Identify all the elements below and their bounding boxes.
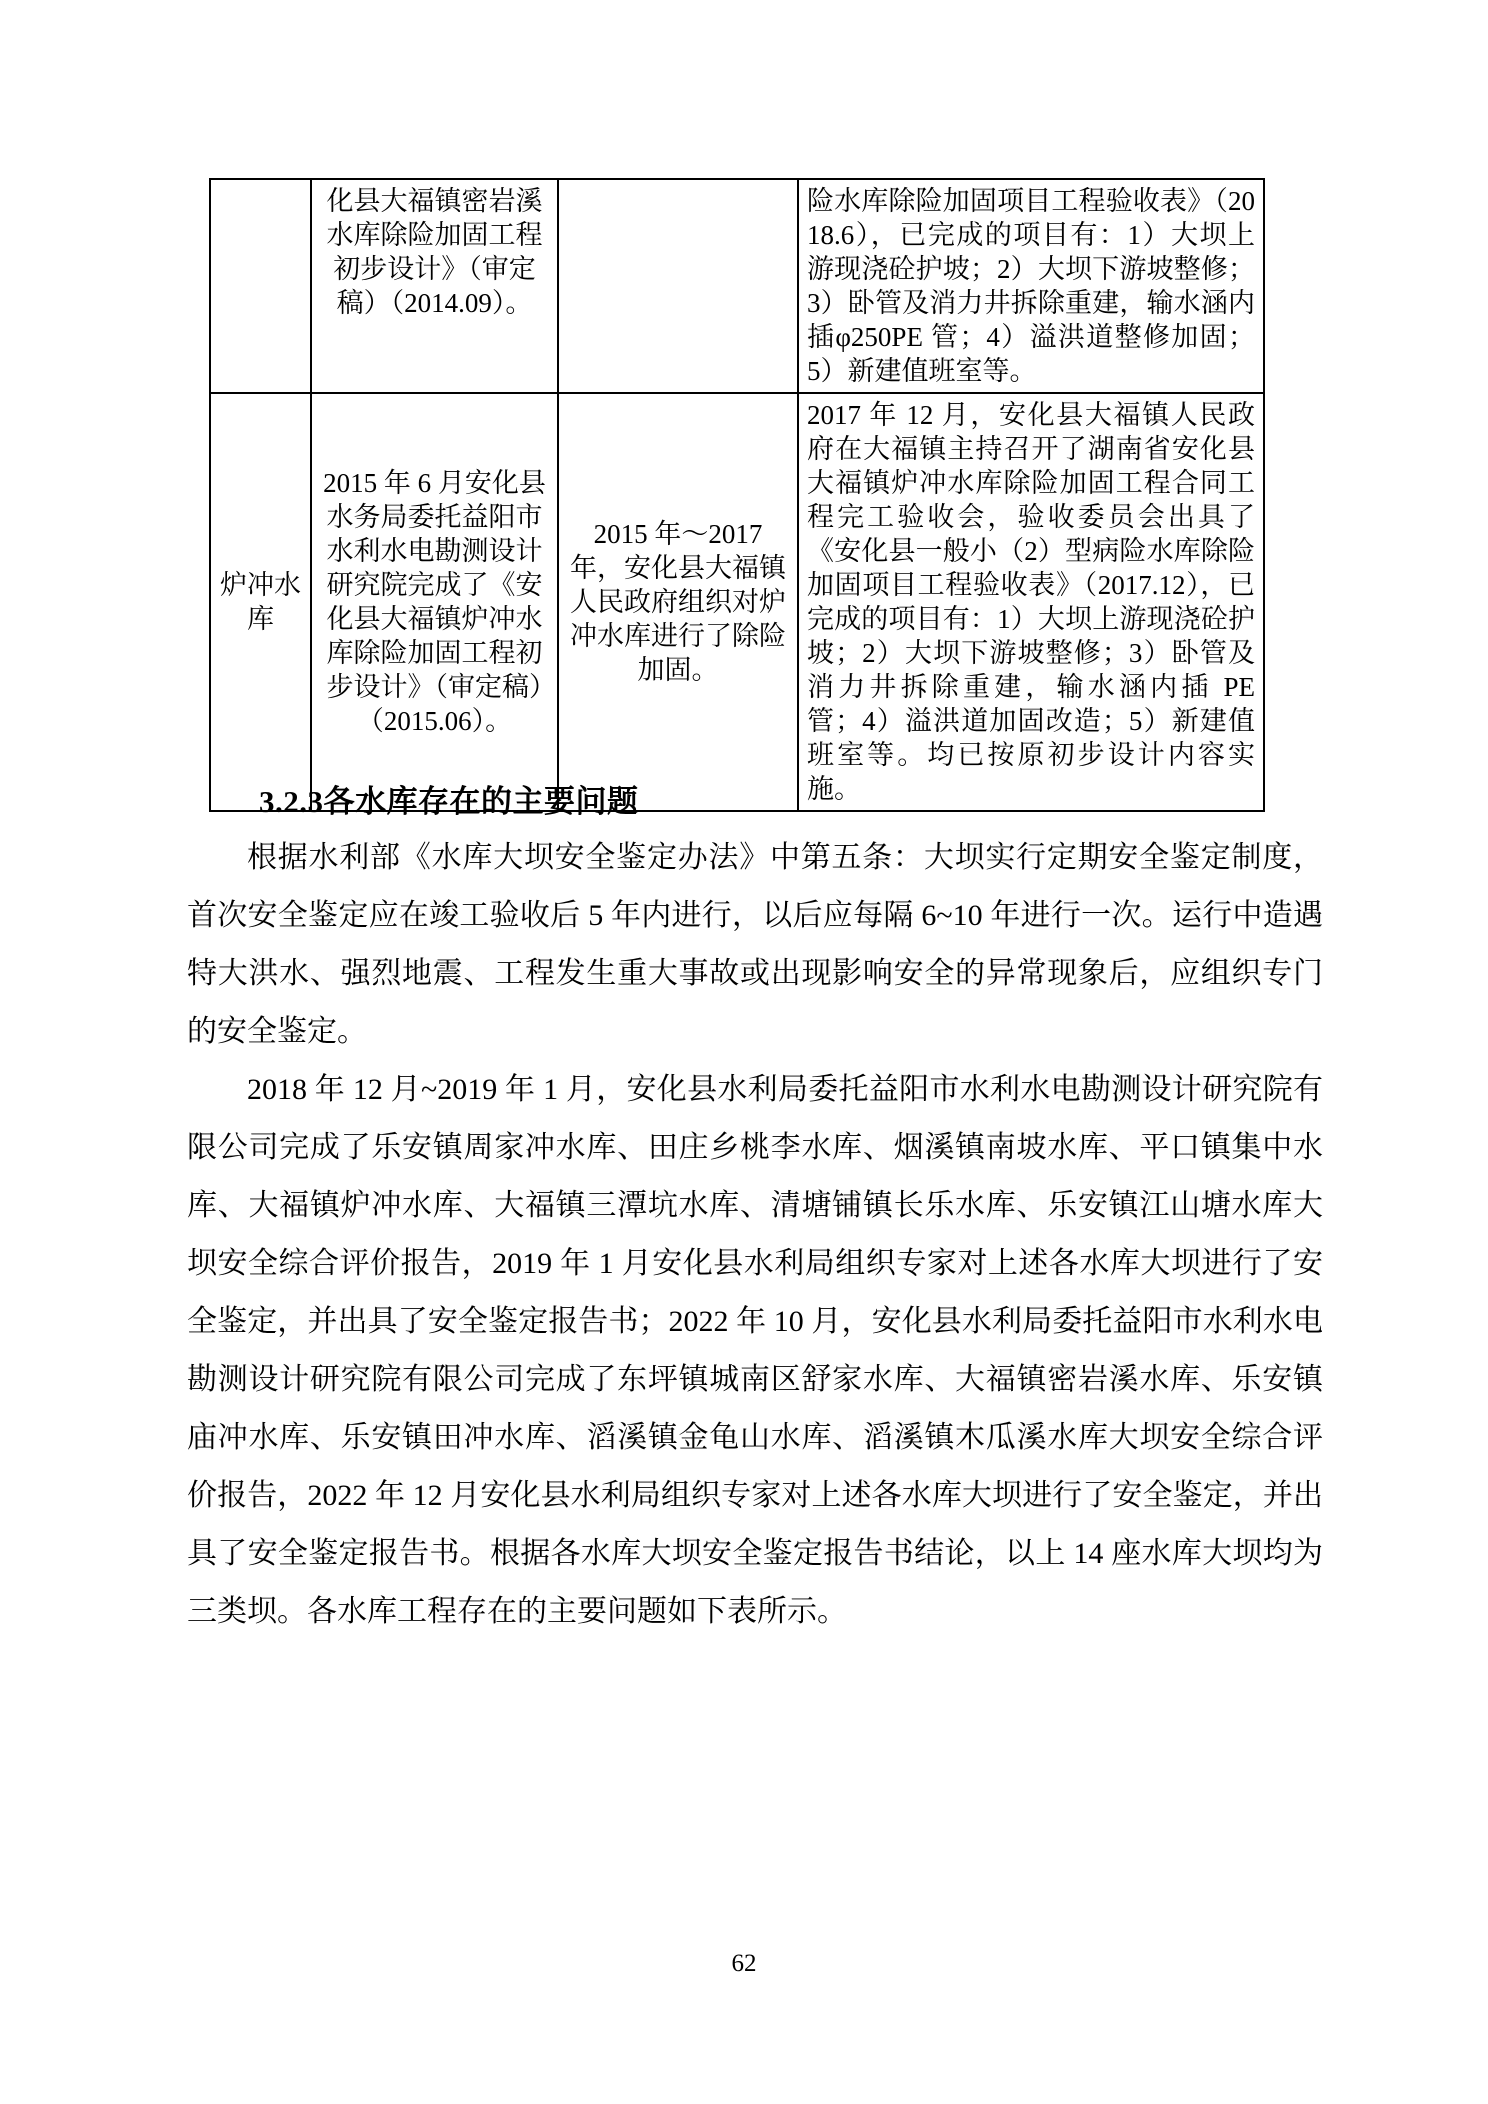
section-heading: 3.2.3各水库存在的主要问题	[259, 776, 639, 821]
table-row-continuation: 化县大福镇密岩溪水库除险加固工程初步设计》（审定稿）（2014.09）。 险水库…	[210, 179, 1264, 393]
paragraph-appraisal-history: 2018 年 12 月~2019 年 1 月，安化县水利局委托益阳市水利水电勘测…	[187, 1061, 1323, 1641]
page-number: 62	[0, 1950, 1488, 1978]
reinforcement-period-cell: 2015 年～2017 年，安化县大福镇人民政府组织对炉冲水库进行了除险加固。	[558, 393, 798, 811]
document-page: 化县大福镇密岩溪水库除险加固工程初步设计》（审定稿）（2014.09）。 险水库…	[0, 0, 1488, 2104]
acceptance-detail-cell: 2017 年 12 月，安化县大福镇人民政府在大福镇主持召开了湖南省安化县大福镇…	[798, 393, 1264, 811]
reservoir-name-cell	[210, 179, 311, 393]
paragraph-safety-regulation: 根据水利部《水库大坝安全鉴定办法》中第五条：大坝实行定期安全鉴定制度，首次安全鉴…	[187, 829, 1323, 1061]
acceptance-detail-cell: 险水库除险加固项目工程验收表》（2018.6），已完成的项目有：1）大坝上游现浇…	[798, 179, 1264, 393]
design-report-cell: 化县大福镇密岩溪水库除险加固工程初步设计》（审定稿）（2014.09）。	[311, 179, 558, 393]
reservoir-name-cell: 炉冲水库	[210, 393, 311, 811]
body-text-block: 根据水利部《水库大坝安全鉴定办法》中第五条：大坝实行定期安全鉴定制度，首次安全鉴…	[187, 829, 1323, 1641]
table-row-luchong: 炉冲水库 2015 年 6 月安化县水务局委托益阳市水利水电勘测设计研究院完成了…	[210, 393, 1264, 811]
design-report-cell: 2015 年 6 月安化县水务局委托益阳市水利水电勘测设计研究院完成了《安化县大…	[311, 393, 558, 811]
reservoir-reinforcement-table: 化县大福镇密岩溪水库除险加固工程初步设计》（审定稿）（2014.09）。 险水库…	[209, 178, 1265, 812]
reinforcement-period-cell	[558, 179, 798, 393]
